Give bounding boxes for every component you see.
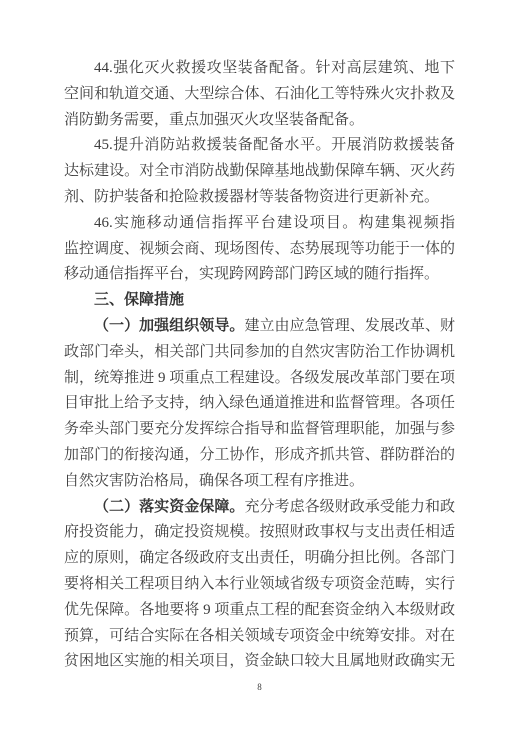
text-line: 移动通信指挥平台，实现跨网跨部门跨区域的随行指挥。 — [64, 262, 455, 288]
text-run: 充分考虑各级财政承受能力和政 — [244, 499, 455, 515]
text-line: 贫困地区实施的相关项目，资金缺口较大且属地财政确实无 — [64, 649, 455, 675]
text-line: 46.实施移动通信指挥平台建设项目。构建集视频指挥、 — [64, 211, 455, 237]
document-page: 44.强化灭火救援攻坚装备配备。针对高层建筑、地下 空间和轨道交通、大型综合体、… — [0, 0, 519, 734]
text-line: 目审批上给予支持，纳入绿色通道推进和监督管理。各项任 — [64, 391, 455, 417]
text-line: 政部门牵头，相关部门共同参加的自然灾害防治工作协调机 — [64, 340, 455, 366]
text-run: 建立由应急管理、发展改革、财 — [244, 318, 455, 334]
text-line: 消防勤务需要，重点加强灭火攻坚装备配备。 — [64, 108, 455, 134]
subsection-lead: （一）加强组织领导。 — [94, 318, 244, 334]
text-line: 优先保障。各地要将 9 项重点工程的配套资金纳入本级财政 — [64, 598, 455, 624]
text-line: 45.提升消防站救援装备配备水平。开展消防救援装备 — [64, 133, 455, 159]
text-line: 44.强化灭火救援攻坚装备配备。针对高层建筑、地下 — [64, 56, 455, 82]
text-line: 府投资能力，确定投资规模。按照财政事权与支出责任相适 — [64, 520, 455, 546]
text-line: （二）落实资金保障。充分考虑各级财政承受能力和政 — [64, 495, 455, 521]
text-line: （一）加强组织领导。建立由应急管理、发展改革、财 — [64, 314, 455, 340]
text-line: 自然灾害防治格局，确保各项工程有序推进。 — [64, 469, 455, 495]
section-heading: 三、保障措施 — [64, 288, 455, 314]
document-body: 44.强化灭火救援攻坚装备配备。针对高层建筑、地下 空间和轨道交通、大型综合体、… — [64, 56, 455, 675]
text-line: 空间和轨道交通、大型综合体、石油化工等特殊火灾扑救及 — [64, 82, 455, 108]
text-line: 预算，可结合实际在各相关领域专项资金中统筹安排。对在 — [64, 624, 455, 650]
text-line: 加部门的衔接沟通，分工协作，形成齐抓共管、群防群治的 — [64, 443, 455, 469]
text-line: 剂、防护装备和抢险救援器材等装备物资进行更新补充。 — [64, 185, 455, 211]
text-line: 监控调度、视频会商、现场图传、态势展现等功能于一体的 — [64, 237, 455, 263]
text-line: 务牵头部门要充分发挥综合指导和监督管理职能，加强与参 — [64, 417, 455, 443]
text-line: 达标建设。对全市消防战勤保障基地战勤保障车辆、灭火药 — [64, 159, 455, 185]
text-line: 制，统筹推进 9 项重点工程建设。各级发展改革部门要在项 — [64, 366, 455, 392]
text-line: 应的原则，确定各级政府支出责任，明确分担比例。各部门 — [64, 546, 455, 572]
text-line: 要将相关工程项目纳入本行业领域省级专项资金范畴，实行 — [64, 572, 455, 598]
page-number: 8 — [0, 681, 519, 693]
subsection-lead: （二）落实资金保障。 — [94, 499, 244, 515]
